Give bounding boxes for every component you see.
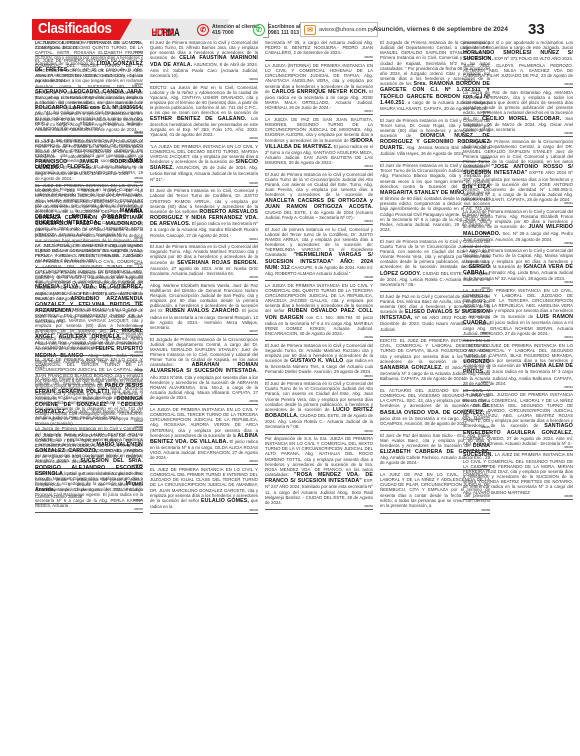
notice-code: M4017 [265,110,373,113]
notice-code: M4042 [265,430,373,433]
notice-code: M4009 [265,336,373,339]
notice-code: M4049 [150,509,258,512]
notice-code: M4062 [463,242,573,245]
envelope-icon: ✉ [304,25,316,35]
notice-text: CIUDAD DEL ESTE, 1 de Agosto de 2024 (Ac… [265,210,373,220]
notice-text: para que en el término de 60 días, conta… [35,389,143,426]
notice-code: M4021 [463,386,573,389]
notice-code: M4024 [35,51,143,54]
legal-notice: El Juez de Primera Instancia en lo Civil… [150,40,258,83]
notice-code: M4051 [265,375,373,378]
decedent-name: SUCESIÓN. [463,452,493,458]
legal-notice: El Juez de Primera Instancia en lo Civil… [265,341,373,379]
column-6: (ACTUARIO JUDICIAL).- FERNANDO DE LA MOR… [35,40,143,756]
legal-notice: El Juez de Primera Instancia en lo Civil… [265,380,373,435]
legal-notice: La Jueza de Primera Instancia en lo Civi… [463,247,573,286]
notice-code: M4063 [463,281,573,284]
legal-notice: El Juzgado de Primera Instancia de la Ci… [463,137,573,207]
legal-notice: EL JUEZ DE PRIMERA INSTANCIA EN LO CIVIL… [35,56,143,136]
notice-code: M4013 [265,165,373,168]
notice-text: Año 2024 Nº468. Cita y emplaza por sesen… [150,375,258,401]
legal-notice: SUCESIÓN. LA JUEZ DE PRIMERA INSTANCIA E… [463,451,573,500]
section-title: Clasificados [38,20,112,37]
legal-notice: LA JUEZA DE PRIMERA INSTANCIA EN LO CIVI… [463,286,573,341]
notice-text: (ACTUARIO JUDICIAL).- FERNANDO DE LA MOR… [35,40,143,50]
notice-text: LA JUEZ DE PRIMERA INSTANCIA EN LO CIVIL… [463,452,573,494]
section-title-banner: Clasificados [32,19,132,40]
notice-code: M4014 [463,336,573,339]
decedent-name: EULALIO GOMES, [201,498,249,504]
notice-text: , para que en el termino de 60 días, con… [35,471,143,508]
legal-notice: El Juzgado de Primera Instancia de la Ci… [150,335,258,405]
notice-code: M4018 [150,460,258,463]
notice-code: M4011 [150,238,258,241]
notice-text: CORONEL OVIEDO, 27 de Agosto de 2024. An… [463,436,573,446]
notice-text: EL JUEZ DE PRIMERA INSTANCIA EN LO CIVIL… [35,138,143,164]
notice-code: M4069 [35,426,143,429]
logo-hora: HORA [151,27,174,39]
notice-text: El Juez de Primera Instancia en lo Civil… [265,172,373,198]
notice-text: EL JUEZ DE PRIMERA INSTANCIA EN LO CIVIL… [35,58,143,89]
legal-notice: (ACTUARIO JUDICIAL).- FERNANDO DE LA MOR… [35,40,143,56]
notice-code: M4068 [35,351,143,354]
legal-notice: EDICTO: La Jueza de Paz en lo Civil, Com… [150,83,258,142]
decedent-name: NEMESIA SILVA VDA. DE GUTIERREZ. [35,284,143,290]
legal-notice: El Juez de Primera Instancia en lo Civil… [150,243,258,281]
notice-code: M4067 [35,301,143,304]
notice-code: M4034 [35,181,143,184]
column-5: presentarse por sí o por apoderado a rec… [463,40,573,756]
notice-text: EDICTO: La Jueza de Paz en lo Civil, Com… [150,85,258,116]
legal-notice: EL JUEZ DE PRIMERA INSTANCIA EN LO CIVIL… [35,431,143,513]
legal-notice: EL JUEZ DE PRIMERA INSTANCIA EN LO CIVIL… [35,136,143,186]
section-brand: ULTIMAHORA Clasificados [32,19,204,40]
notice-code: M4060 [463,132,573,135]
notice-text: Asunción, 27 agosto de 2024. Ante mí: No… [150,266,258,276]
notice-code: M4047 [150,330,258,333]
notice-code: M4064 [463,446,573,449]
column-3: Secretaría Nº 05, a cargo del Actuario J… [265,40,373,756]
notice-code: M4070 [35,508,143,511]
legal-notice: LA JUEZA DE PAZ DE SAN JUAN BAUTISTA, MI… [265,115,373,170]
decedent-name: GUSTAVO K. VALLO [290,358,343,364]
notice-code: M4050 [265,56,373,59]
notice-code: M4065 [463,495,573,498]
legal-notice: El Juez de Primera Instancia en lo Civil… [265,170,373,225]
legal-notice: "LA JUEZA DE PRIMERA INSTANCIA EN LO CIV… [150,142,258,187]
notice-code: M4059 [463,83,573,86]
email-contact: ✉ avisos@uhora.com.py [300,22,378,37]
whatsapp-number: 0981 111 013 [268,30,300,36]
legal-notice: Por disposición de S.S. la Sra. JUEZA DE… [265,435,373,511]
phone-icon: ✆ [197,24,209,36]
notice-code: M4046 [150,276,258,279]
legal-notice: LA JUEZA DE PRIMERA INSTANCIA EN LO CIVI… [265,281,373,341]
notice-code: M4026 [150,182,258,185]
notice-text: , para que en el termino de 60 días, con… [35,89,143,131]
notice-code: M4066 [35,131,143,134]
notice-code: M4035 [35,237,143,240]
legal-notice: La Jueza de Primera Instancia en lo Civi… [463,207,573,246]
legal-notice: EL JUEZ DE PRIMERA INSTANCIA EN LO CIVIL… [35,356,143,432]
decedent-name: RUBEN AVALOS ZARACHO [165,308,238,314]
notice-code: M4061 [463,202,573,205]
notice-code: M4052 [265,505,373,508]
notice-code: M4008 [265,276,373,279]
legal-notice: Abog. Marlene Elizabeth Barreto Varela, … [150,281,258,335]
legal-notice: LA JUEZA (INTERINA) DE PRIMERA INSTANCIA… [265,61,373,115]
legal-notice: Secretaría Nº 05, a cargo del Actuario J… [265,40,373,61]
notice-text: ALBA MARIELA LOPEZ PORTILLO, ACTUARIA. P… [35,291,143,301]
legal-notice: presentarse por sí o por apoderado a rec… [463,40,573,88]
legal-notice: El Juez de Primera Instancia en lo Civil… [150,187,258,243]
whatsapp-icon: ✆ [253,24,265,36]
decedent-name: ANACLETA CACERES DE ORTIGOZA y JUAN RAMO… [265,198,373,210]
notice-code: M4048 [150,400,258,403]
page-header: ULTIMAHORA Clasificados ✆ Atención al cl… [0,0,580,40]
legal-notice: LA JUEZA DE PRIMERA INSTANCIA EN LO CIVI… [150,405,258,465]
legal-notice: La Juez de Primera Instancia en lo Civil… [35,186,143,242]
notice-text: LA JUEZ PENAL DE GARANTÍAS DEL SEGUNDO T… [35,243,143,284]
classifieds-columns: LA JUEZA DE PRIMERA INSTANCIA EN LO CIVI… [35,40,580,756]
notice-code: M4041 [265,220,373,223]
decedent-name: SEVERIANO LEOCADIO CANDIA JARA [35,89,142,95]
decedent-name: ESTHER BENITEZ DE GALEANO. [150,116,246,122]
notice-code: M4044 [150,78,258,81]
decedent-name: CECILIO MOREL ESCOBAR. [482,116,561,122]
whatsapp-contact: ✆ Escríbinos al 0981 111 013 [253,21,300,39]
page-number: 33 [528,21,545,38]
legal-notice: EDICTO: EL JUEZ DE PRIMERA INSTANCIA EN … [463,341,573,391]
column-2: El Juez de Primera Instancia en lo Civil… [150,40,258,756]
notice-text: Por disposición de S.S. la Sra. JUEZA DE… [265,436,373,477]
legal-notice: El Juez de primera instancia en lo Civil… [265,225,373,281]
legal-notice: EL JUEZ DE PRIMERA INSTANCIA EN LO CIVIL… [150,465,258,514]
email-address: avisos@uhora.com.py [319,27,374,33]
legal-notice: La Jueza de Paz de San Estanislao Abg. A… [463,88,573,137]
legal-notice: LA JUEZ PENAL DE GARANTÍAS DEL SEGUNDO T… [35,242,143,306]
notice-text: presentarse por sí o por apoderado a rec… [463,40,573,50]
decedent-name: SEVERIANA ROJAS BERDEN. [177,260,258,266]
legal-notice: LA JUEZA DEL JUZGADO DE PRIMERA INSTANCI… [463,391,573,451]
dateline: Asunción, viernes 6 de septiembre de 202… [373,26,508,33]
legal-notice: LA JUEZA DE PRIMERA INSTANCIA EN LO CIVI… [35,306,143,356]
notice-code: M4033 [150,137,258,140]
notice-text: Secretaría Nº 05, a cargo del Actuario J… [265,40,373,55]
decedent-name: CARLOS ENRRIQUE MEYER KOCH. [272,89,367,95]
